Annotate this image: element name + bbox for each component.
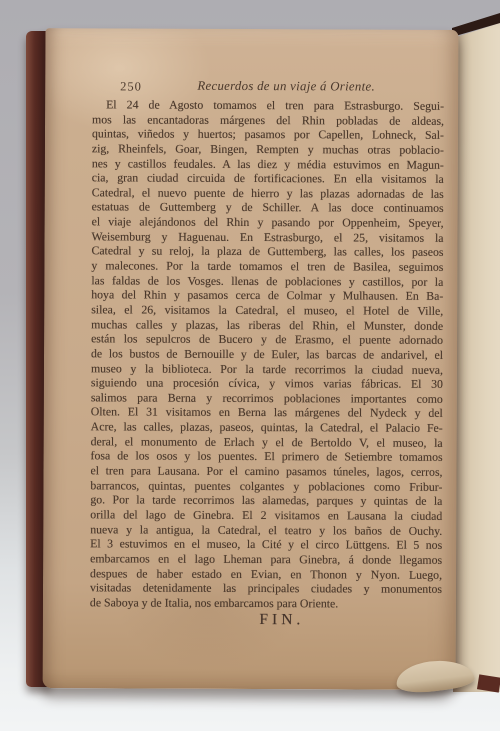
body-line: Weisemburg y Haguenau. En Estrasburgo, e… — [92, 229, 444, 245]
body-line: muchas calles y plazas, las riberas del … — [91, 317, 443, 333]
body-line: están los sepulcros de Bucero y de Erasm… — [91, 332, 443, 348]
body-line: embarcamos en el lago Lheman para Ginebr… — [90, 551, 442, 567]
body-line: El 24 de Agosto tomamos el tren para Est… — [92, 97, 444, 113]
body-line: Acre, las calles, plazas, paseos, quinta… — [91, 419, 443, 435]
body-line: nes y castillos feudales. A las diez y m… — [92, 156, 444, 172]
body-line: Catedral y su reloj, la plaza de Guttemb… — [91, 244, 443, 260]
body-line: visitadas detenidamente las principales … — [90, 580, 442, 596]
body-line: mos las encantadoras márgenes del Rhin p… — [92, 112, 444, 128]
body-line: Olten. El 31 visitamos en Berna las márg… — [91, 405, 443, 421]
body-line: siguiendo una procesión cívica, y vimos … — [91, 375, 443, 391]
body-line: silea, el 26, visitamos la Catedral, el … — [91, 302, 443, 318]
body-line: cia, gran ciudad circuida de fortificaci… — [92, 171, 444, 187]
body-line: zig, Rheinfels, Goar, Bingen, Rempten y … — [92, 141, 444, 157]
body-line: y malecones. Por la tarde tomamos el tre… — [91, 258, 443, 274]
facing-page-edge — [453, 20, 500, 692]
body-line: orilla del lago de Ginebra. El 2 visitam… — [90, 507, 442, 523]
book-photo: 250 Recuerdos de un viaje á Oriente. El … — [0, 0, 500, 731]
page-header: 250 Recuerdos de un viaje á Oriente. — [92, 78, 444, 98]
body-line: barrancos, quintas, puentes colgantes y … — [90, 478, 442, 494]
book-page: 250 Recuerdos de un viaje á Oriente. El … — [43, 28, 459, 690]
body-line: El 3 estuvimos en el museo, la Cité y el… — [90, 537, 442, 553]
body-line: museo y la biblioteca. Por la tarde reco… — [91, 361, 443, 377]
body-line: quintas, viñedos y huertos; pasamos por … — [92, 127, 444, 143]
body-line: salimos para Berna y recorrimos poblacio… — [91, 390, 443, 406]
running-header-title: Recuerdos de un viaje á Oriente. — [110, 78, 462, 95]
body-text: El 24 de Agosto tomamos el tren para Est… — [90, 97, 444, 611]
body-line: el viaje alejándonos del Rhin y pasando … — [92, 214, 444, 230]
body-line: go. Por la tarde recorrimos las alamedas… — [90, 493, 442, 509]
body-line: nueva y la antigua, la Catedral, el teat… — [90, 522, 442, 538]
body-line: el tren para Lausana. Por el camino pasa… — [90, 463, 442, 479]
facing-cover-corner — [477, 674, 500, 692]
body-line: despues de haber estado en Evian, en Tho… — [90, 566, 442, 582]
body-line: de los bustos de Bernouille y de Euler, … — [91, 346, 443, 362]
body-line: Catedral, el nuevo puente de hierro y la… — [92, 185, 444, 201]
body-line: estatuas de Guttemberg y de Schiller. A … — [92, 200, 444, 216]
body-line: hoya del Rhin y pasamos cerca de Colmar … — [91, 288, 443, 304]
body-line: las faldas de los Vosges. llenas de pobl… — [91, 273, 443, 289]
body-line: deral, el monumento de Erlach y el de Be… — [91, 434, 443, 450]
body-line: de Saboya y de Italia, nos embarcamos pa… — [90, 595, 442, 611]
body-line: fosa de los osos y los puentes. El prime… — [91, 449, 443, 465]
fin-label: FIN. — [106, 610, 458, 630]
